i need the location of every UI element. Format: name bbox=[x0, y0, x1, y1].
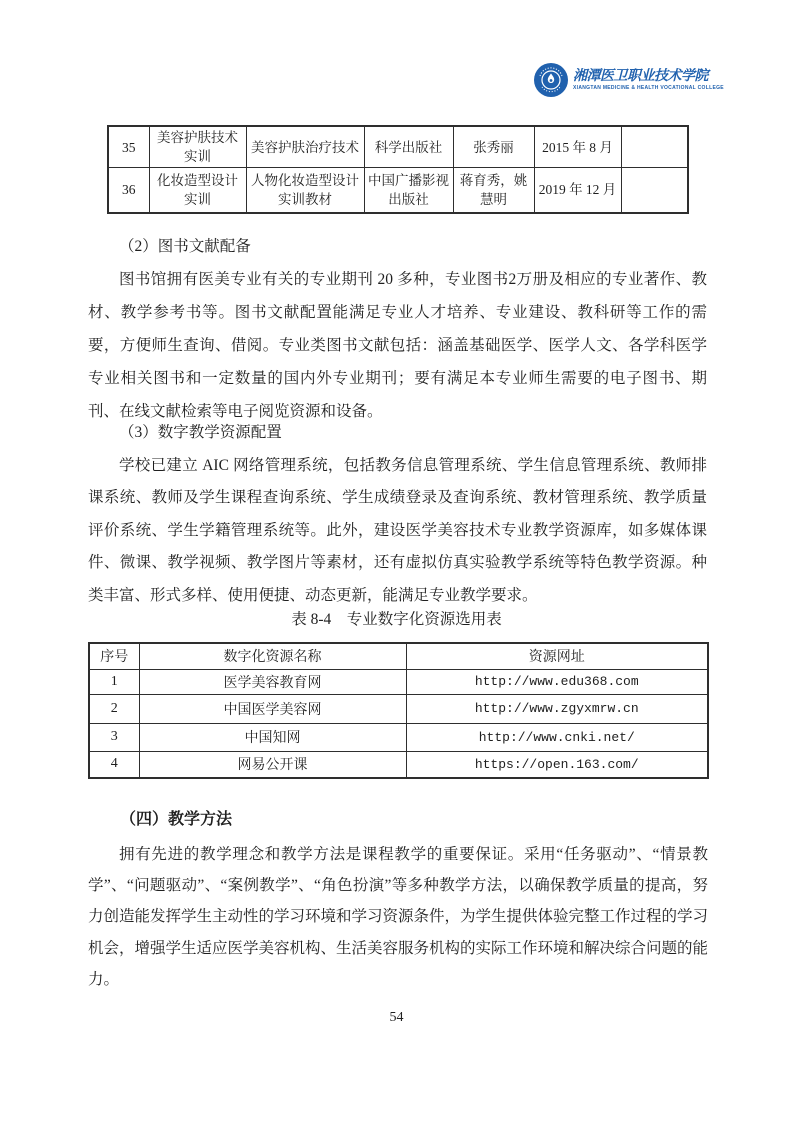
table-row: 4 网易公开课 https://open.163.com/ bbox=[89, 751, 708, 778]
cell-resource-name: 网易公开课 bbox=[139, 751, 406, 778]
table-row: 3 中国知网 http://www.cnki.net/ bbox=[89, 723, 708, 751]
college-name-cn: 湘潭医卫职业技术学院 bbox=[573, 69, 724, 85]
section-3-paragraph: 学校已建立 AIC 网络管理系统，包括教务信息管理系统、学生信息管理系统、教师排… bbox=[88, 450, 707, 613]
cell-resource-name: 中国知网 bbox=[139, 723, 406, 751]
cell-no: 35 bbox=[108, 126, 149, 168]
cell-date: 2019 年 12 月 bbox=[534, 168, 621, 213]
cell-date: 2015 年 8 月 bbox=[534, 126, 621, 168]
header-no: 序号 bbox=[89, 643, 139, 669]
cell-no: 4 bbox=[89, 751, 139, 778]
cell-course: 化妆造型设计实训 bbox=[149, 168, 246, 213]
cell-textbook: 人物化妆造型设计实训教材 bbox=[246, 168, 364, 213]
cell-course: 美容护肤技术实训 bbox=[149, 126, 246, 168]
college-name: 湘潭医卫职业技术学院 XIANGTAN MEDICINE & HEALTH VO… bbox=[573, 69, 724, 92]
cell-resource-url: https://open.163.com/ bbox=[406, 751, 708, 778]
section-heading-4: （四）教学方法 bbox=[88, 806, 708, 834]
table-row: 35 美容护肤技术实训 美容护肤治疗技术 科学出版社 张秀丽 2015 年 8 … bbox=[108, 126, 688, 168]
cell-author: 蒋育秀，姚慧明 bbox=[453, 168, 534, 213]
digital-resources-table: 序号 数字化资源名称 资源网址 1 医学美容教育网 http://www.edu… bbox=[88, 642, 709, 779]
college-name-en: XIANGTAN MEDICINE & HEALTH VOCATIONAL CO… bbox=[573, 85, 724, 92]
document-page: 湘潭医卫职业技术学院 XIANGTAN MEDICINE & HEALTH VO… bbox=[0, 0, 793, 1122]
cell-author: 张秀丽 bbox=[453, 126, 534, 168]
cell-resource-url: http://www.cnki.net/ bbox=[406, 723, 708, 751]
section-2: （2）图书文献配备 图书馆拥有医美专业有关的专业期刊 20 多种，专业图书2万册… bbox=[88, 230, 707, 428]
table-row: 36 化妆造型设计实训 人物化妆造型设计实训教材 中国广播影视出版社 蒋育秀，姚… bbox=[108, 168, 688, 213]
cell-no: 1 bbox=[89, 669, 139, 694]
section-2-paragraph: 图书馆拥有医美专业有关的专业期刊 20 多种，专业图书2万册及相应的专业著作、教… bbox=[88, 263, 707, 428]
cell-publisher: 科学出版社 bbox=[364, 126, 453, 168]
cell-resource-name: 医学美容教育网 bbox=[139, 669, 406, 694]
header-name: 数字化资源名称 bbox=[139, 643, 406, 669]
cell-resource-url: http://www.zgyxmrw.cn bbox=[406, 694, 708, 723]
cell-resource-url: http://www.edu368.com bbox=[406, 669, 708, 694]
header-url: 资源网址 bbox=[406, 643, 708, 669]
table-row: 1 医学美容教育网 http://www.edu368.com bbox=[89, 669, 708, 694]
cell-publisher: 中国广播影视出版社 bbox=[364, 168, 453, 213]
cell-no: 2 bbox=[89, 694, 139, 723]
table-header-row: 序号 数字化资源名称 资源网址 bbox=[89, 643, 708, 669]
cell-no: 3 bbox=[89, 723, 139, 751]
college-emblem-icon bbox=[534, 63, 568, 97]
table-8-4-title: 表 8-4 专业数字化资源选用表 bbox=[0, 604, 793, 636]
cell-note bbox=[621, 168, 688, 213]
section-heading-3: （3）数字教学资源配置 bbox=[88, 417, 707, 450]
cell-note bbox=[621, 126, 688, 168]
page-number: 54 bbox=[0, 1010, 793, 1026]
table-row: 2 中国医学美容网 http://www.zgyxmrw.cn bbox=[89, 694, 708, 723]
cell-no: 36 bbox=[108, 168, 149, 213]
section-4-paragraph: 拥有先进的教学理念和教学方法是课程教学的重要保证。采用“任务驱动”、“情景教学”… bbox=[88, 839, 708, 995]
textbook-table: 35 美容护肤技术实训 美容护肤治疗技术 科学出版社 张秀丽 2015 年 8 … bbox=[107, 125, 689, 214]
college-logo: 湘潭医卫职业技术学院 XIANGTAN MEDICINE & HEALTH VO… bbox=[534, 63, 724, 97]
section-3: （3）数字教学资源配置 学校已建立 AIC 网络管理系统，包括教务信息管理系统、… bbox=[88, 417, 707, 612]
section-4: （四）教学方法 拥有先进的教学理念和教学方法是课程教学的重要保证。采用“任务驱动… bbox=[88, 806, 708, 995]
cell-textbook: 美容护肤治疗技术 bbox=[246, 126, 364, 168]
cell-resource-name: 中国医学美容网 bbox=[139, 694, 406, 723]
section-heading-2: （2）图书文献配备 bbox=[88, 230, 707, 263]
